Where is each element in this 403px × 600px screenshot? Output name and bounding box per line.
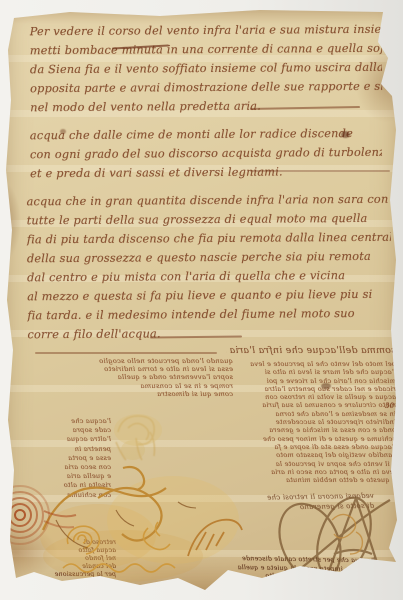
manuscript-line: l'acqua che — [27, 417, 111, 426]
manuscript-line: acqua fatto — [8, 547, 116, 555]
manuscript-line: penetra in — [27, 445, 111, 454]
mirror-script-header: somma dell'acque che infra l'aria si lev… — [226, 344, 396, 357]
manuscript-line: per la percussione — [8, 571, 116, 579]
manuscript-line: fia di piu tarda discenso che fia piu re… — [27, 228, 391, 250]
mirror-script-block-left-lower: l'acqua checade sopral'altra acquapenetr… — [27, 417, 111, 500]
handwritten-paragraph-wind: Per vedere il corso del vento infra l'ar… — [30, 20, 383, 117]
manuscript-line: indirieto ripercuote la succedente — [226, 418, 396, 426]
manuscript-line: cade sopra — [27, 426, 111, 435]
manuscript-line: rompe e in se la consuma — [38, 382, 233, 390]
manuscript-line: retroso di — [8, 539, 116, 547]
manuscript-line: con seco aria — [27, 463, 111, 472]
manuscript-line: essa e porta — [27, 454, 111, 463]
collector-monogram-watermark — [272, 492, 398, 588]
mirror-script-lines: pel moto del vento che la percuote e lev… — [226, 360, 396, 484]
manuscript-line: quando l'onda percuote nello scoglio — [38, 357, 233, 365]
faint-swirl-sketch — [98, 402, 183, 464]
mirror-script-footnote: vedansi ancora li retrosi chedi sotto si… — [232, 491, 374, 513]
manuscript-line: e quella aria — [27, 472, 111, 481]
manuscript-line: risalta in alto — [27, 481, 111, 490]
manuscript-line: Per vedere il corso del vento infra l'ar… — [30, 20, 382, 41]
manuscript-line: l'acqua che del mare si leva in alto si — [226, 368, 396, 376]
manuscript-line: al mezzo e questa si fa piu lieve e quan… — [27, 285, 391, 307]
manuscript-line: con schiuma — [27, 491, 111, 500]
manuscript-line: schiuma e questa e di minor peso che — [226, 435, 396, 443]
manuscript-line: e questo e detto nebbia minuta — [226, 476, 396, 484]
manuscript-line: della sua grossezza e questo nascie perc… — [27, 247, 391, 269]
parchment-sheet: Per vedere il corso del vento infra l'ar… — [0, 0, 403, 600]
ink-rule-line — [250, 170, 390, 172]
manuscript-line: acqua che in gran quantita discende infr… — [26, 190, 390, 212]
manuscript-line: nel modo del vento nella predetta aria. — [30, 96, 382, 117]
crossed-out-word-strike — [112, 45, 169, 50]
manuscript-line: da Siena fia e il vento soffiato insieme… — [30, 58, 382, 79]
manuscript-line: mischia con l'aria che la riceve e poi — [226, 377, 396, 385]
manuscript-line: acqua e quella si volta in retroso con — [226, 393, 396, 401]
manuscript-line: et e preda di vari sassi et diversi legn… — [30, 162, 382, 183]
manuscript-line: sopra l'avvenente onda e quella — [38, 373, 233, 381]
margin-number: 30 — [385, 402, 394, 410]
manuscript-line: l'altra acqua — [27, 435, 111, 444]
manuscript-line: ricade e nel cader suo penetra l'altra — [226, 385, 396, 393]
ink-rule-line — [150, 336, 242, 339]
manuscript-line: moto circulare e consuma la sua furia — [226, 401, 396, 409]
manuscript-line: corre a filo dell'acqua. — [27, 323, 391, 345]
manuscript-line: del canale — [8, 563, 116, 571]
red-vortex-sketch — [0, 483, 78, 549]
mirror-script-block-bottom-right: l'acqua che per stretto canale discendec… — [213, 555, 375, 584]
manuscript-line: candido vestigio del passato moto — [226, 451, 396, 459]
ink-blot — [321, 383, 331, 389]
manuscript-line: di sotto si generano — [232, 501, 374, 513]
mirror-script-block-left-upper: quando l'onda percuote nello scoglioessa… — [38, 357, 233, 398]
manuscript-line: essa si leva in alto e torna indirieto — [38, 365, 233, 373]
manuscript-scan: Per vedere il corso del vento infra l'ar… — [0, 0, 403, 600]
manuscript-line: l'acqua onde essa sta di sopra e fa — [226, 443, 396, 451]
ink-rule-line — [35, 352, 217, 354]
manuscript-line: nel fondo — [8, 555, 116, 563]
mirror-script-block-bottom-left: retroso diacqua fattonel fondodel canale… — [8, 539, 116, 579]
manuscript-line: tutte le parti della sua grossezza di eq… — [27, 209, 391, 231]
manuscript-line: dal centro e piu mista con l'aria di que… — [27, 266, 391, 288]
manuscript-line: l'acqua che per stretto canale discende — [213, 555, 375, 566]
mirror-script-column-right: somma dell'acque che infra l'aria si lev… — [226, 344, 396, 484]
manuscript-line: come qui si dimostra — [38, 390, 233, 398]
ink-blot — [60, 129, 66, 134]
manuscript-line: cade con impeto sopra la quieta e quella — [213, 563, 375, 574]
handwritten-paragraph-mountain-water: acqua che dalle cime de monti alle lor r… — [30, 124, 382, 183]
manuscript-line: vedansi ancora li retrosi che — [232, 491, 374, 503]
manuscript-line: e il vento che sopra vi percuote la — [226, 460, 396, 468]
manuscript-line: acqua che dalle cime de monti alle lor r… — [30, 124, 382, 145]
manuscript-line: in se medesima e l'onda che torna — [226, 410, 396, 418]
manuscript-line: fia tarda. e il medesimo intende del fiu… — [27, 304, 391, 326]
manuscript-line: opposita parte e avrai dimostrazione del… — [30, 77, 382, 98]
manuscript-line: pel moto del vento che la percuote e lev… — [226, 360, 396, 368]
manuscript-line: onda e con essa si mischia e genera — [226, 426, 396, 434]
ink-blot — [341, 131, 350, 138]
ink-rule-line — [250, 106, 360, 110]
handwritten-paragraph-falling-water: acqua che in gran quantita discende infr… — [26, 190, 391, 345]
manuscript-line: leva in alto e porta con seco in aria — [226, 468, 396, 476]
manuscript-line: con ogni grado del suo discorso acquista… — [30, 143, 382, 164]
water-vortex-wave-sketch — [28, 458, 243, 584]
manuscript-line: metti bombace minuta in una corrente di … — [30, 39, 382, 60]
manuscript-line: percossa si leva con subito salto — [213, 572, 375, 583]
